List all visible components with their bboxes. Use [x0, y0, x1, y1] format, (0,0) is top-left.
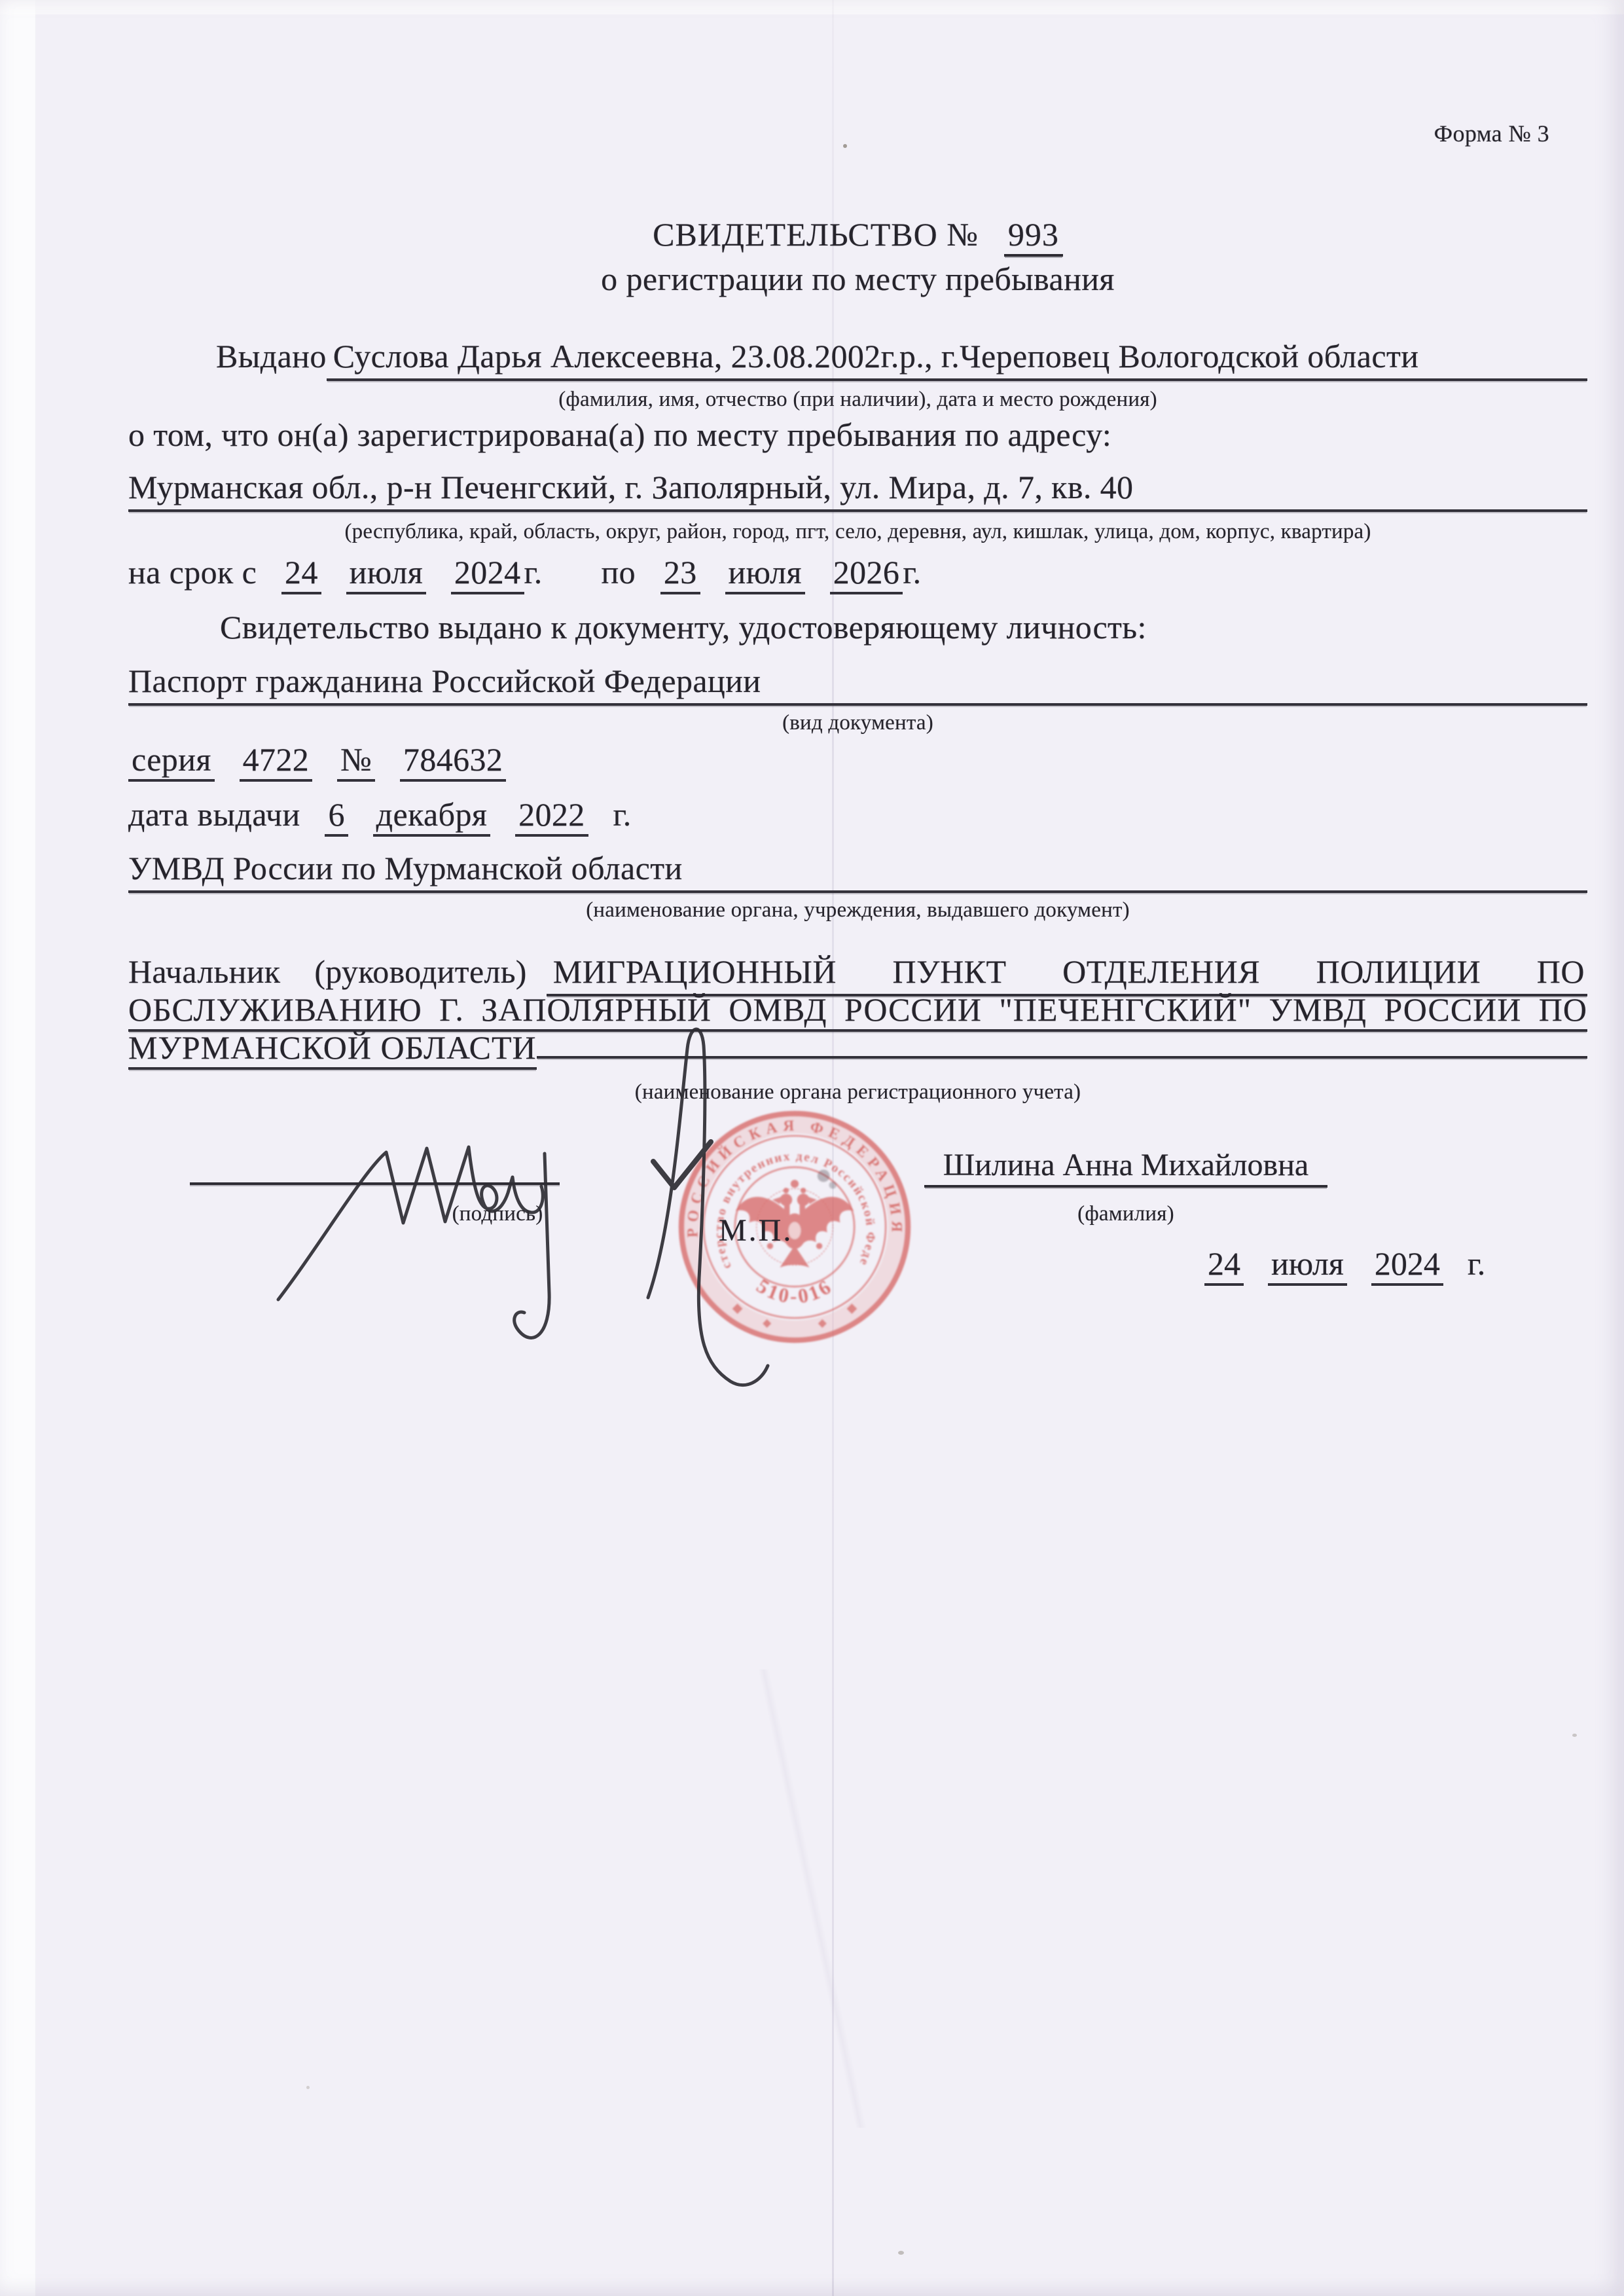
issued-label: Выдано: [216, 338, 327, 374]
paper-crease-diagonal: [0, 1669, 1624, 2128]
series-value: 4722: [240, 741, 313, 782]
handwritten-signature: [249, 995, 864, 1453]
term-from-month: июля: [346, 554, 426, 594]
certificate-subtitle: о регистрации по месту пребывания: [128, 261, 1587, 297]
term-to-month: июля: [725, 554, 805, 594]
address-caption: (республика, край, область, округ, район…: [128, 520, 1587, 543]
issue-month: декабря: [373, 796, 491, 837]
issued-caption: (фамилия, имя, отчество (при наличии), д…: [128, 388, 1587, 411]
cert-date-day: 24: [1204, 1245, 1244, 1286]
document-type: Паспорт гражданина Российской Федерации: [128, 663, 1587, 706]
term-row: на срок с 24 июля 2024г. по 23 июля 2026…: [128, 554, 1587, 594]
head-line-1: Начальник (руководитель) МИГРАЦИОННЫЙ ПУ…: [128, 953, 1587, 996]
document-type-caption: (вид документа): [128, 711, 1587, 735]
official-name-caption: (фамилия): [929, 1202, 1322, 1226]
issue-year: 2022: [515, 796, 588, 837]
scanner-edge-top: [0, 0, 1624, 14]
number-value: 784632: [400, 741, 506, 782]
head-post: Начальник: [128, 953, 280, 990]
dust-speck: [898, 2251, 904, 2255]
certificate-title-text: СВИДЕТЕЛЬСТВО №: [653, 216, 979, 253]
series-label: серия: [128, 741, 215, 782]
term-from-day: 24: [281, 554, 321, 594]
term-to-suffix: г.: [903, 554, 921, 591]
authority-value: УМВД России по Мурманской области: [128, 850, 1587, 893]
cert-date-month: июля: [1268, 1245, 1347, 1286]
number-sign: №: [337, 741, 375, 782]
issue-day: 6: [325, 796, 348, 837]
dust-speck: [843, 144, 847, 148]
issued-to-row: Выдано Суслова Дарья Алексеевна, 23.08.2…: [128, 338, 1587, 381]
cert-date-suffix: г.: [1468, 1245, 1485, 1282]
dust-speck: [306, 2086, 310, 2089]
term-from-suffix: г.: [524, 554, 543, 591]
registered-statement: о том, что он(а) зарегистрирована(а) по …: [128, 416, 1587, 453]
term-to-year: 2026: [830, 554, 903, 594]
authority-caption: (наименование органа, учреждения, выдавш…: [128, 898, 1587, 922]
issue-suffix: г.: [613, 796, 632, 833]
certificate-number: 993: [1004, 216, 1063, 257]
issue-date-row: дата выдачи 6 декабря 2022 г.: [128, 796, 1587, 837]
term-mid: по: [602, 554, 636, 591]
dust-speck: [1572, 1734, 1577, 1737]
term-prefix: на срок с: [128, 554, 257, 591]
certificate-title: СВИДЕТЕЛЬСТВО № 993: [128, 216, 1587, 257]
form-number-label: Форма № 3: [1434, 115, 1549, 152]
series-row: серия 4722 № 784632: [128, 741, 1587, 782]
document-intro: Свидетельство выдано к документу, удосто…: [128, 609, 1587, 646]
issue-date-label: дата выдачи: [128, 796, 300, 833]
term-from-year: 2024: [451, 554, 524, 594]
term-to-day: 23: [660, 554, 700, 594]
org-name-line1: МИГРАЦИОННЫЙ ПУНКТ ОТДЕЛЕНИЯ ПОЛИЦИИ ПО: [553, 953, 1585, 990]
cert-date-year: 2024: [1371, 1245, 1443, 1286]
official-name: Шилина Анна Михайловна: [924, 1147, 1327, 1188]
head-post2: (руководитель): [314, 953, 526, 990]
scanner-edge: [0, 0, 36, 2296]
address-value: Мурманская обл., р-н Печенгский, г. Запо…: [128, 469, 1587, 512]
scanned-certificate-page: Форма № 3 СВИДЕТЕЛЬСТВО № 993 о регистра…: [0, 0, 1624, 2296]
certificate-date-row: 24 июля 2024 г.: [1204, 1245, 1485, 1286]
issued-value: Суслова Дарья Алексеевна, 23.08.2002г.р.…: [327, 338, 1587, 381]
